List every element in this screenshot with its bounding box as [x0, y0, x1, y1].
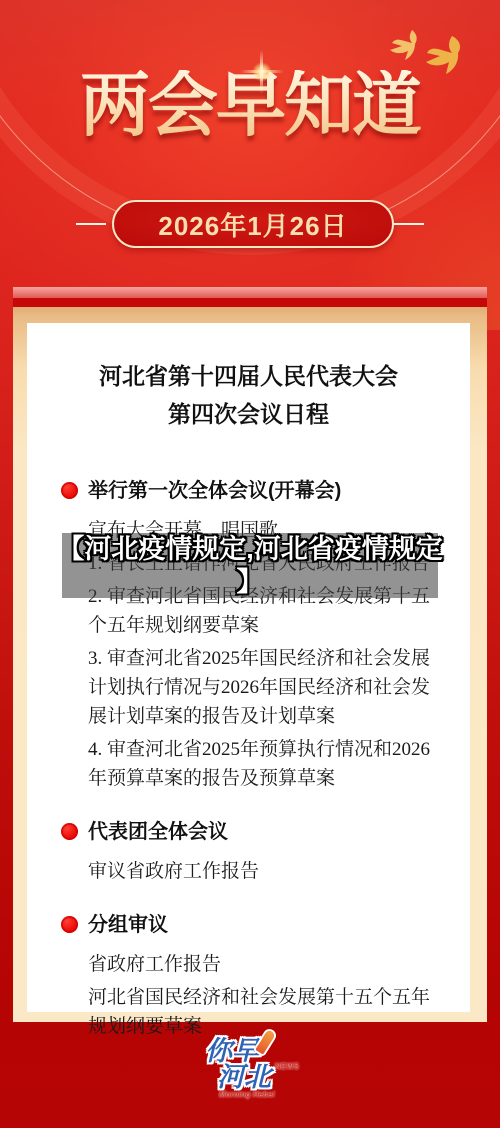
agenda-title: 河北省第十四届人民代表大会 第四次会议日程: [27, 323, 470, 433]
agenda-title-line1: 河北省第十四届人民代表大会: [27, 357, 470, 395]
schedule-item: 审议省政府工作报告: [88, 857, 446, 886]
bullet-dot-icon: [61, 916, 78, 933]
bullet-dot-icon: [61, 482, 78, 499]
section-heading: 代表团全体会议: [88, 820, 470, 844]
agenda-title-line2: 第四次会议日程: [27, 395, 470, 433]
morning-hebei-logo: 你早 NEWS 河北 Morning Hebei: [203, 1038, 297, 1108]
schedule-section: 分组审议省政府工作报告河北省国民经济和社会发展第十五个五年规划纲要草案: [27, 913, 470, 1041]
date-text: 2026年1月26日: [158, 206, 347, 243]
schedule-section: 举行第一次全体会议(开幕会)宣布大会开幕，唱国歌1. 省长王正谱作河北省人民政府…: [27, 479, 470, 793]
card-top-gloss-band: [13, 287, 487, 298]
schedule-item: 省政府工作报告: [88, 950, 446, 979]
date-dash-right: [394, 223, 424, 225]
agenda-card: 河北省第十四届人民代表大会 第四次会议日程 举行第一次全体会议(开幕会)宣布大会…: [13, 287, 487, 1022]
date-pill: 2026年1月26日: [112, 200, 394, 248]
seo-overlay-line2: 】: [237, 566, 264, 599]
section-heading: 分组审议: [88, 913, 470, 937]
seo-text-overlay: 【河北疫情规定,河北省疫情规定 】: [62, 533, 438, 598]
logo-news-label: NEWS: [275, 1062, 299, 1071]
logo-subtitle: Morning Hebei: [219, 1090, 297, 1099]
schedule-item: 3. 审查河北省2025年国民经济和社会发展计划执行情况与2026年国民经济和社…: [88, 644, 446, 731]
card-top-red-band: [13, 298, 487, 307]
agenda-card-inner: 河北省第十四届人民代表大会 第四次会议日程 举行第一次全体会议(开幕会)宣布大会…: [27, 323, 470, 1012]
section-heading: 举行第一次全体会议(开幕会): [88, 479, 470, 503]
poster-title: 两会早知道: [0, 70, 500, 140]
schedule-item: 4. 审查河北省2025年预算执行情况和2026年预算草案的报告及预算草案: [88, 735, 446, 793]
seo-overlay-line1: 【河北疫情规定,河北省疫情规定: [57, 533, 443, 566]
bullet-dot-icon: [61, 823, 78, 840]
date-dash-left: [76, 223, 106, 225]
logo-text-ni-zao: 你早: [205, 1038, 297, 1064]
schedule-section: 代表团全体会议审议省政府工作报告: [27, 820, 470, 886]
